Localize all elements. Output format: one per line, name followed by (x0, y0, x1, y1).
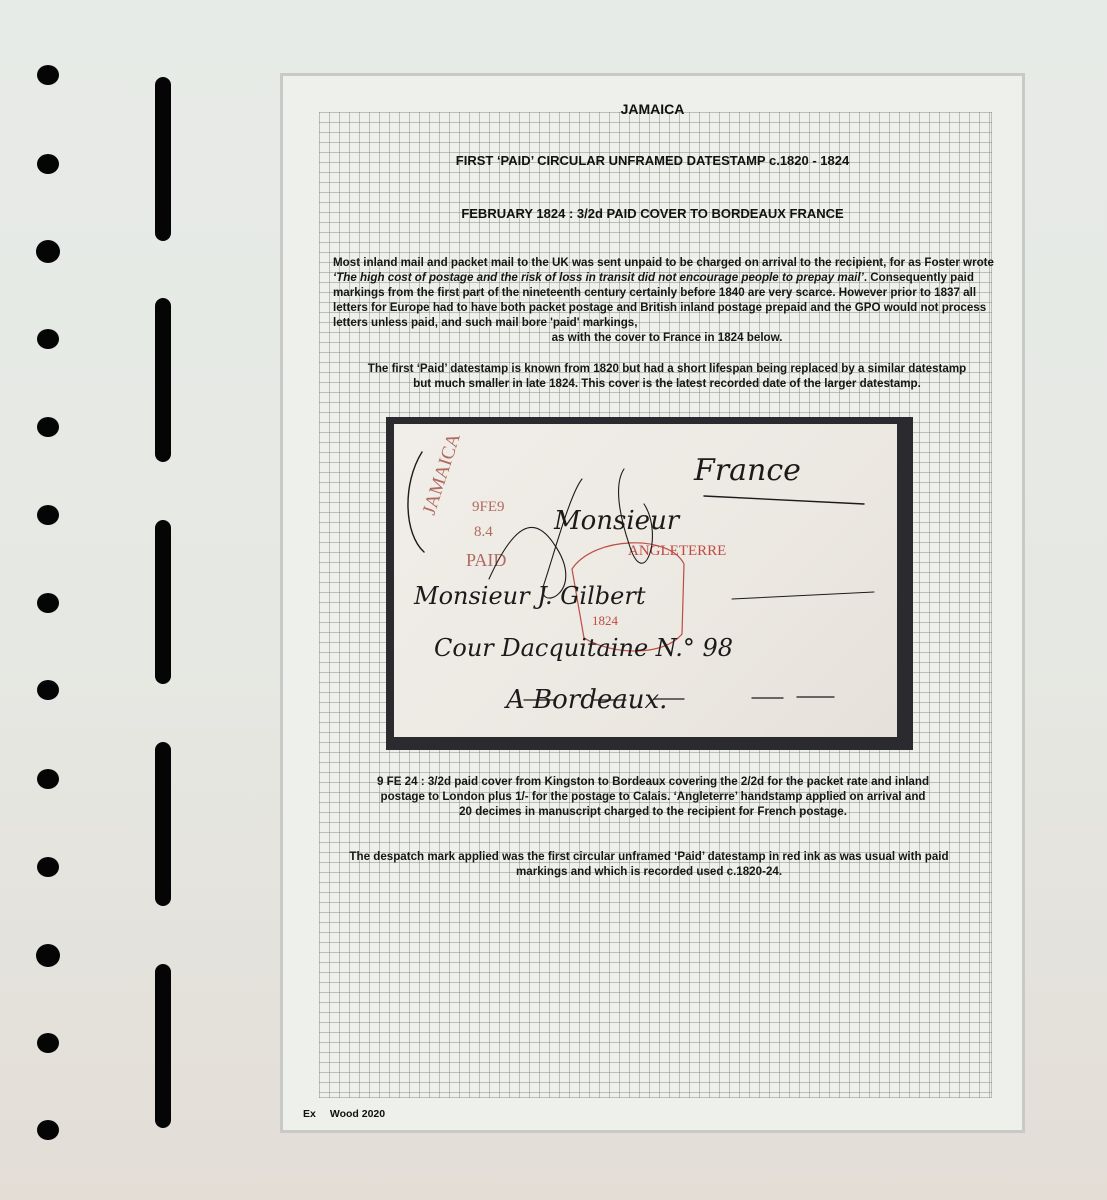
binder-hole (37, 505, 59, 525)
provenance-source: Wood 2020 (330, 1108, 385, 1120)
binder-hole (37, 593, 59, 613)
postal-cover-image: JAMAICA 9FE9 8.4 PAID ANGLETERRE 1824 (394, 424, 897, 737)
binder-hole (36, 944, 60, 967)
binder-slot (155, 298, 171, 462)
svg-text:9FE9: 9FE9 (472, 499, 505, 515)
album-page-frame: JAMAICA FIRST ‘PAID’ CIRCULAR UNFRAMED D… (280, 73, 1025, 1133)
intro-paragraph: Most inland mail and packet mail to the … (333, 255, 1001, 345)
svg-text:A Bordeaux.: A Bordeaux. (504, 685, 667, 715)
binder-hole (37, 65, 59, 85)
binder-hole (37, 769, 59, 789)
binder-hole (37, 680, 59, 700)
provenance-prefix: Ex (303, 1108, 316, 1120)
binder-hole (37, 857, 59, 877)
cover-illustration: JAMAICA 9FE9 8.4 PAID ANGLETERRE 1824 (394, 424, 897, 737)
intro-text-part1: Most inland mail and packet mail to the … (333, 256, 994, 269)
binder-slot (155, 964, 171, 1128)
binder-hole (37, 1033, 59, 1053)
svg-text:Monsieur J. Gilbert: Monsieur J. Gilbert (413, 582, 646, 610)
binder-hole (37, 417, 59, 437)
despatch-note: The despatch mark applied was the first … (329, 849, 969, 879)
binder-slot (155, 77, 171, 241)
svg-text:PAID: PAID (466, 550, 506, 570)
jamaica-paid-postmark: JAMAICA 9FE9 8.4 PAID (419, 430, 507, 570)
binder-hole (37, 1120, 59, 1140)
svg-text:France: France (693, 453, 801, 488)
svg-text:ANGLETERRE: ANGLETERRE (628, 543, 726, 559)
svg-text:8.4: 8.4 (474, 524, 493, 540)
provenance-footer: ExWood 2020 (303, 1108, 385, 1120)
datestamp-note-line2: but much smaller in late 1824. This cove… (329, 376, 1005, 391)
svg-text:Monsieur: Monsieur (553, 506, 681, 536)
cover-mount: JAMAICA 9FE9 8.4 PAID ANGLETERRE 1824 (386, 417, 913, 750)
binder-hole (37, 154, 59, 174)
page-title: FIRST ‘PAID’ CIRCULAR UNFRAMED DATESTAMP… (283, 153, 1022, 168)
cover-description: 9 FE 24 : 3/2d paid cover from Kingston … (373, 774, 933, 819)
foster-quote: ‘The high cost of postage and the risk o… (333, 271, 864, 284)
binder-hole (37, 329, 59, 349)
svg-text:1824: 1824 (592, 613, 619, 628)
intro-text-part3: as with the cover to France in 1824 belo… (333, 330, 1001, 345)
svg-text:Cour Dacquitaine N.° 98: Cour Dacquitaine N.° 98 (434, 634, 733, 662)
binder-slot (155, 520, 171, 684)
svg-text:JAMAICA: JAMAICA (419, 430, 465, 517)
page-country-heading: JAMAICA (283, 101, 1022, 117)
page-subtitle: FEBRUARY 1824 : 3/2d PAID COVER TO BORDE… (283, 206, 1022, 221)
binder-slot (155, 742, 171, 906)
datestamp-note-line1: The first ‘Paid’ datestamp is known from… (329, 361, 1005, 376)
binder-hole (36, 240, 60, 263)
datestamp-note: The first ‘Paid’ datestamp is known from… (329, 361, 1005, 391)
